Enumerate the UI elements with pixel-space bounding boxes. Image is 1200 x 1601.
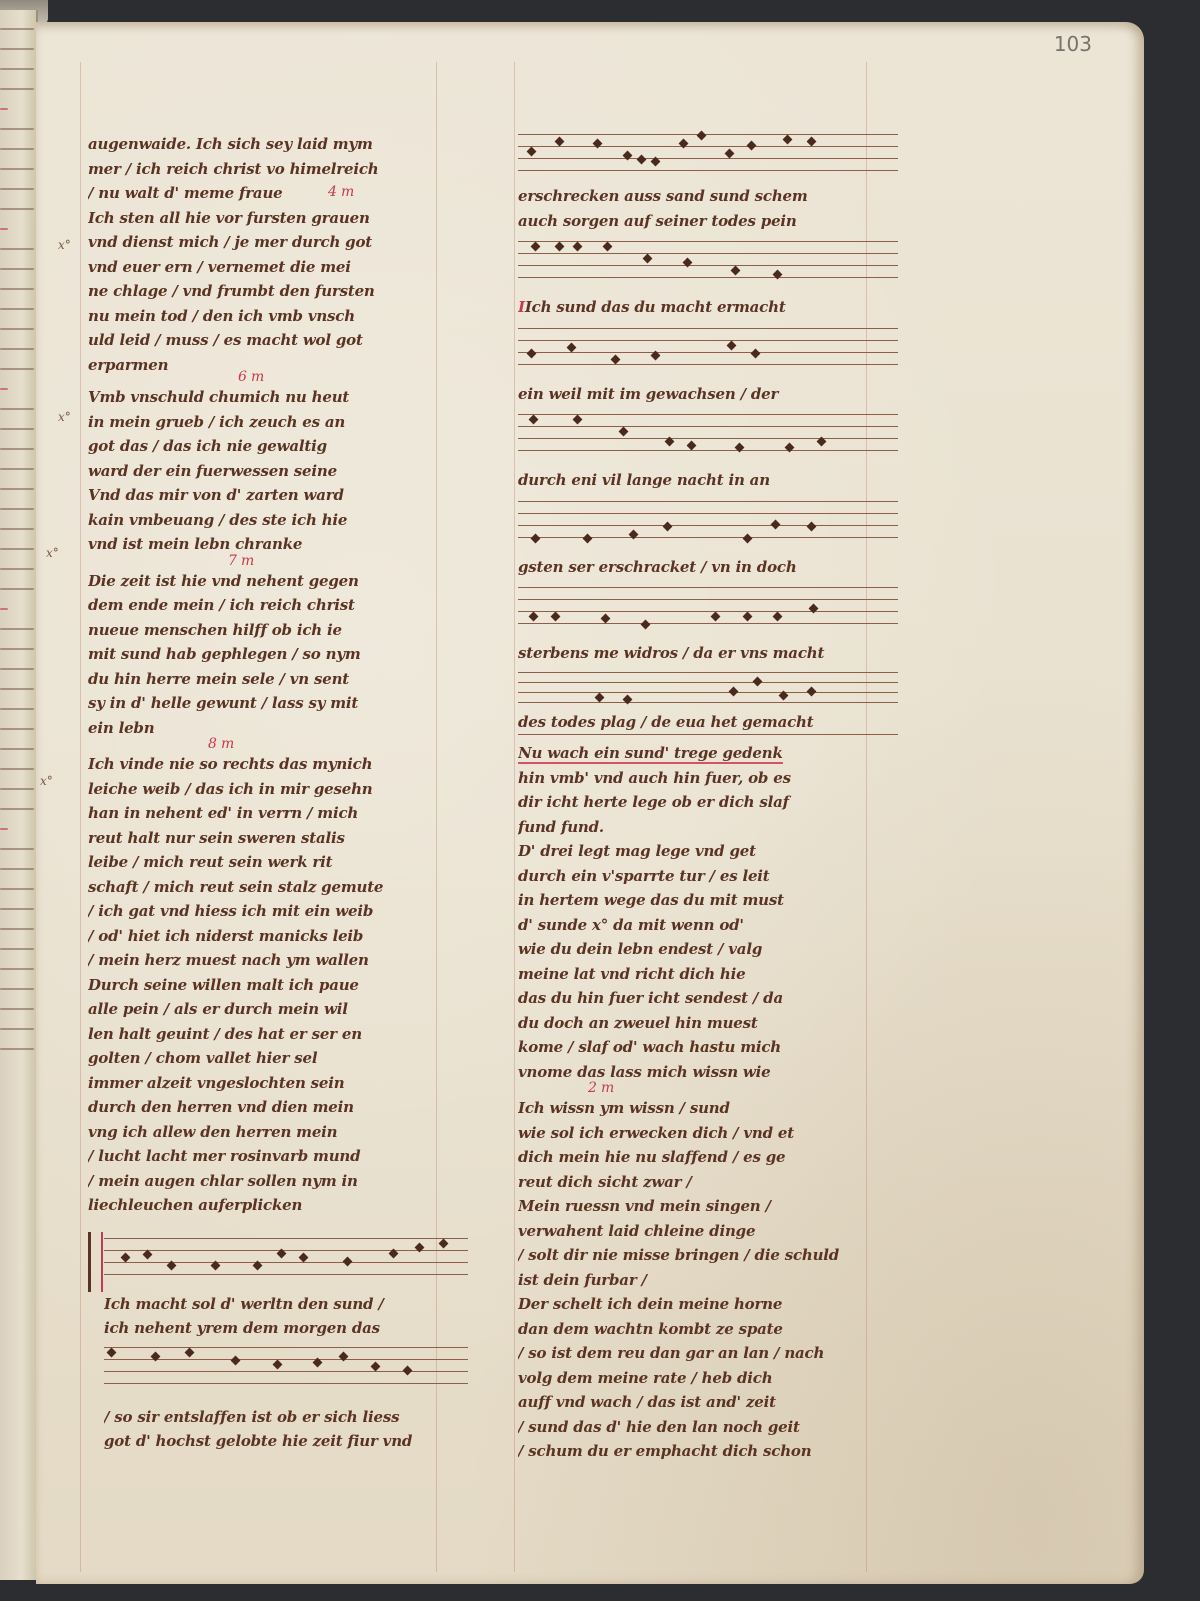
text-line: Durch seine willen malt ich paue	[88, 973, 468, 998]
text-line: nu mein tod / den ich vmb vnsch	[88, 304, 468, 329]
text-line: sy in d' helle gewunt / lass sy mit	[88, 691, 468, 716]
text-line: / solt dir nie misse bringen / die schul…	[518, 1243, 898, 1268]
lyric-line: Ich macht sol d' werltn den sund /	[104, 1292, 468, 1317]
text-line: ne chlage / vnd frumbt den fursten	[88, 279, 468, 304]
text-line: reut dich sicht zwar /	[518, 1170, 898, 1195]
text-line: du doch an zweuel hin muest	[518, 1011, 898, 1036]
text-line: reut halt nur sein sweren stalis	[88, 826, 468, 851]
lyric-line: durch eni vil lange nacht in an	[518, 468, 898, 493]
text-line: len halt geuint / des hat er ser en	[88, 1022, 468, 1047]
music-staff	[104, 1232, 468, 1290]
text-line: / ich gat vnd hiess ich mit ein weib	[88, 899, 468, 924]
folio-number: 103	[1054, 32, 1092, 56]
text-line: wie du dein lebn endest / valg	[518, 937, 898, 962]
text-line: / od' hiet ich niderst manicks leib	[88, 924, 468, 949]
text-line: Vnd das mir von d' zarten ward	[88, 483, 468, 508]
text-block-2: Ich sten all hie vor fursten grauen vnd …	[88, 206, 468, 378]
music-staff	[518, 235, 898, 293]
text-line: augenwaide. Ich sich sey laid mym	[88, 132, 468, 157]
previous-leaf-edge	[0, 10, 38, 1580]
music-staff	[518, 668, 898, 708]
text-line: Ich sten all hie vor fursten grauen	[88, 206, 468, 231]
text-line: d' sunde x° da mit wenn od'	[518, 913, 898, 938]
text-line: mit sund hab gephlegen / so nym	[88, 642, 468, 667]
lyric-line: gsten ser erschracket / vn in doch	[518, 555, 898, 580]
text-line: Die zeit ist hie vnd nehent gegen	[88, 569, 468, 594]
text-line: vnd dienst mich / je mer durch got	[88, 230, 468, 255]
music-staff	[104, 1343, 468, 1389]
text-line: dich mein hie nu slaffend / es ge	[518, 1145, 898, 1170]
text-line: immer alzeit vngeslochten sein	[88, 1071, 468, 1096]
text-line: leibe / mich reut sein werk rit	[88, 850, 468, 875]
right-column: erschrecken auss sand sund schem auch so…	[518, 122, 898, 1464]
decorated-initial	[88, 1232, 103, 1292]
text-line: wie sol ich erwecken dich / vnd et	[518, 1121, 898, 1146]
lyric-line: auch sorgen auf seiner todes pein	[518, 209, 898, 234]
text-line: / schum du er emphacht dich schon	[518, 1439, 898, 1464]
text-line: kain vmbeuang / des ste ich hie	[88, 508, 468, 533]
text-line: golten / chom vallet hier sel	[88, 1046, 468, 1071]
text-line: dem ende mein / ich reich christ	[88, 593, 468, 618]
marginal-mark: x°	[58, 410, 71, 424]
text-line: got das / das ich nie gewaltig	[88, 434, 468, 459]
text-line: D' drei legt mag lege vnd get	[518, 839, 898, 864]
text-line: dan dem wachtn kombt ze spate	[518, 1317, 898, 1342]
text-line: verwahent laid chleine dinge	[518, 1219, 898, 1244]
music-staff	[518, 495, 898, 553]
text-line: / sund das d' hie den lan noch geit	[518, 1415, 898, 1440]
text-line: Vmb vnschuld chumich nu heut	[88, 385, 468, 410]
lyric-line: ein weil mit im gewachsen / der	[518, 382, 898, 407]
text-line: Mein ruessn vnd mein singen /	[518, 1194, 898, 1219]
marginal-mark: x°	[40, 774, 53, 788]
lyric-line: IIch sund das du macht ermacht	[518, 295, 898, 320]
marginal-mark: x°	[58, 238, 71, 252]
text-line: got d' hochst gelobte hie zeit fiur vnd	[104, 1429, 468, 1454]
lyric-line: erschrecken auss sand sund schem	[518, 184, 898, 209]
text-line: schaft / mich reut sein stalz gemute	[88, 875, 468, 900]
text-line: / mein augen chlar sollen nym in	[88, 1169, 468, 1194]
text-line: ward der ein fuerwessen seine	[88, 459, 468, 484]
ruling-line-left-outer	[80, 62, 81, 1572]
left-column: augenwaide. Ich sich sey laid mym mer / …	[88, 132, 468, 1454]
ruling-line-right-outer	[514, 62, 515, 1572]
text-line: / mein herz muest nach ym wallen	[88, 948, 468, 973]
text-block-5: Ich vinde nie so rechts das mynich leich…	[88, 752, 468, 1218]
text-line: uld leid / muss / es macht wol got	[88, 328, 468, 353]
text-line: du hin herre mein sele / vn sent	[88, 667, 468, 692]
text-line: Ich wissn ym wissn / sund	[518, 1096, 898, 1121]
text-line: fund fund.	[518, 815, 898, 840]
marginal-mark: x°	[46, 546, 59, 560]
text-line: / so ist dem reu dan gar an lan / nach	[518, 1341, 898, 1366]
text-block-4: Die zeit ist hie vnd nehent gegen dem en…	[88, 569, 468, 741]
text-line: ist dein furbar /	[518, 1268, 898, 1293]
text-line: in hertem wege das du mit must	[518, 888, 898, 913]
lyric-line: sterbens me widros / da er vns macht	[518, 641, 898, 666]
text-block-3: Vmb vnschuld chumich nu heut in mein gru…	[88, 385, 468, 557]
text-line: vnd euer ern / vernemet die mei	[88, 255, 468, 280]
text-line: hin vmb' vnd auch hin fuer, ob es	[518, 766, 898, 791]
text-line: auff vnd wach / das ist and' zeit	[518, 1390, 898, 1415]
text-line: dir icht herte lege ob er dich slaf	[518, 790, 898, 815]
text-line: das du hin fuer icht sendest / da	[518, 986, 898, 1011]
music-staff	[518, 322, 898, 380]
music-staff	[518, 408, 898, 466]
text-block: Nu wach ein sund' trege gedenk hin vmb' …	[518, 741, 898, 1084]
lyric-line: des todes plag / de eua het gemacht	[518, 710, 898, 736]
text-line: Der schelt ich dein meine horne	[518, 1292, 898, 1317]
text-line: leiche weib / das ich in mir gesehn	[88, 777, 468, 802]
text-line: Ich vinde nie so rechts das mynich	[88, 752, 468, 777]
text-line: Nu wach ein sund' trege gedenk	[518, 741, 898, 766]
text-line: kome / slaf od' wach hastu mich	[518, 1035, 898, 1060]
text-line: durch ein v'sparrte tur / es leit	[518, 864, 898, 889]
text-line: alle pein / als er durch mein wil	[88, 997, 468, 1022]
text-line: meine lat vnd richt dich hie	[518, 962, 898, 987]
text-line: vng ich allew den herren mein	[88, 1120, 468, 1145]
text-block-2: Ich wissn ym wissn / sund wie sol ich er…	[518, 1096, 898, 1464]
text-line: / lucht lacht mer rosinvarb mund	[88, 1144, 468, 1169]
text-line: volg dem meine rate / heb dich	[518, 1366, 898, 1391]
text-line: / so sir entslaffen ist ob er sich liess	[104, 1405, 468, 1430]
text-line: liechleuchen auferplicken	[88, 1193, 468, 1218]
text-line: han in nehent ed' in verrn / mich	[88, 801, 468, 826]
music-staff	[518, 581, 898, 639]
text-line: durch den herren vnd dien mein	[88, 1095, 468, 1120]
text-line: in mein grueb / ich zeuch es an	[88, 410, 468, 435]
manuscript-page: 103 augenwaide. Ich sich sey laid mym me…	[36, 22, 1144, 1584]
lyric-line: ich nehent yrem dem morgen das	[104, 1316, 468, 1341]
text-line: mer / ich reich christ vo himelreich	[88, 157, 468, 182]
music-section: Ich macht sol d' werltn den sund / ich n…	[88, 1232, 468, 1454]
text-line: nueue menschen hilff ob ich ie	[88, 618, 468, 643]
music-staff	[518, 124, 898, 182]
